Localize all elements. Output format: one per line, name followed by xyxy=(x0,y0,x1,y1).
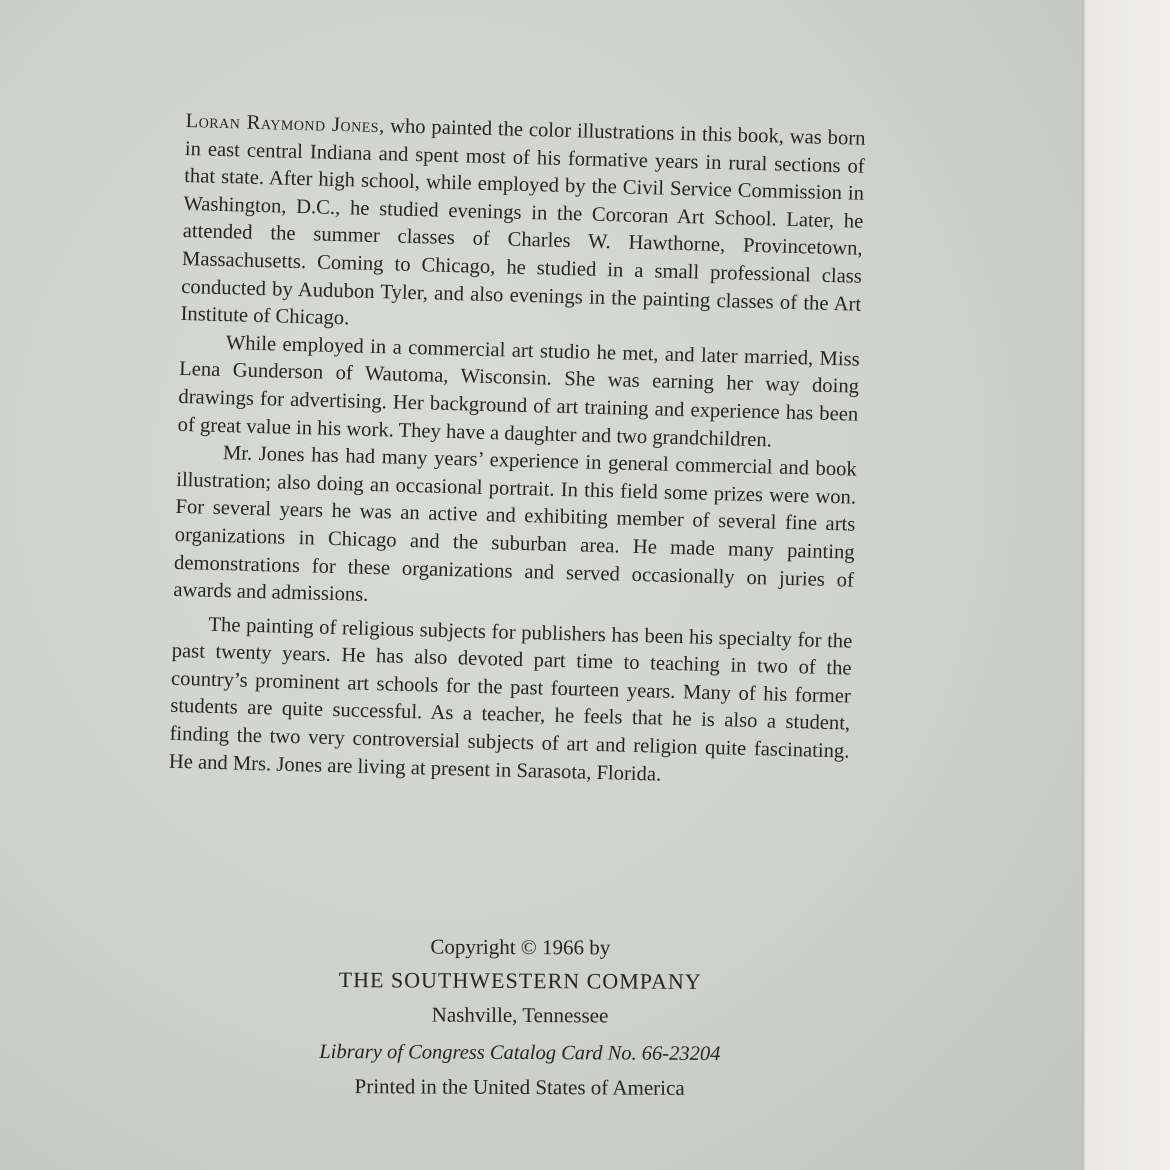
bio-paragraph-1: Loran Raymond Jones, who painted the col… xyxy=(180,108,866,346)
author-name: Loran Raymond Jones xyxy=(185,110,379,137)
printed-in: Printed in the United States of America xyxy=(300,1069,740,1105)
copyright-line: Copyright © 1966 by xyxy=(300,929,740,965)
copyright-imprint: Copyright © 1966 by THE SOUTHWESTERN COM… xyxy=(300,929,741,1105)
bio-paragraph-3: Mr. Jones has had many years’ experience… xyxy=(173,439,857,622)
catalog-number: Library of Congress Catalog Card No. 66-… xyxy=(300,1035,740,1071)
author-biography: Loran Raymond Jones, who painted the col… xyxy=(169,108,866,794)
publisher-location: Nashville, Tennessee xyxy=(300,997,740,1033)
adjacent-page-edge xyxy=(1082,0,1170,1170)
book-page: Loran Raymond Jones, who painted the col… xyxy=(0,0,1082,1170)
publisher-name: THE SOUTHWESTERN COMPANY xyxy=(300,963,740,999)
bio-paragraph-4: The painting of religious subjects for p… xyxy=(169,611,853,794)
bio-paragraph-2: While employed in a commercial art studi… xyxy=(177,329,860,457)
